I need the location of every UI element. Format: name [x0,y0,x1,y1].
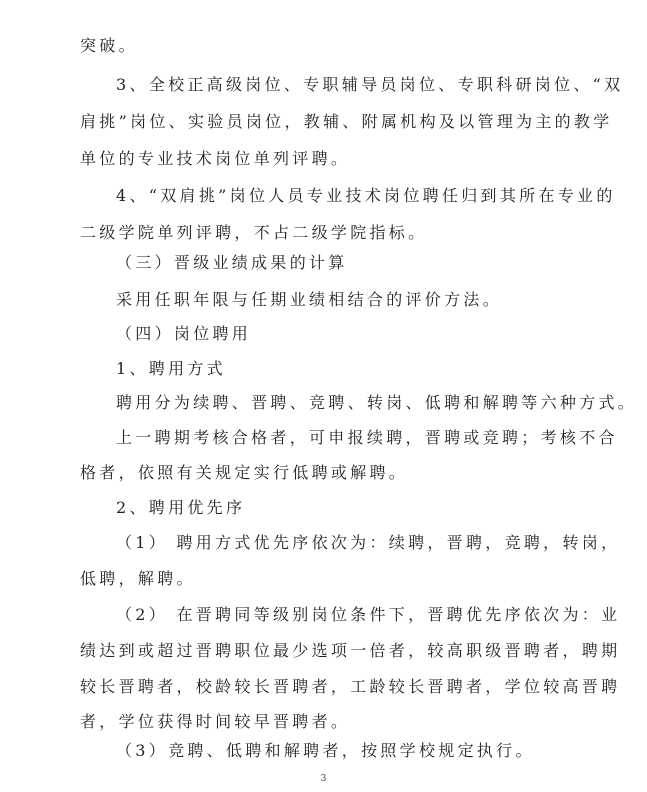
paragraph-line: 者，学位获得时间较早晋聘者。 [80,712,350,732]
section-heading: （三）晋级业绩成果的计算 [116,253,348,273]
paragraph-line: （1） 聘用方式优先序依次为：续聘，晋聘，竞聘，转岗， [116,533,620,553]
paragraph-line: 突破。 [80,36,138,56]
paragraph-line: （3）竞聘、低聘和解聘者，按照学校规定执行。 [116,741,535,761]
paragraph-line: 单位的专业技术岗位单列评聘。 [80,149,350,169]
paragraph-line: 肩挑”岗位、实验员岗位，教辅、附属机构及以管理为主的教学 [80,112,613,132]
paragraph-line: 格者，依照有关规定实行低聘或解聘。 [80,463,408,483]
paragraph-line: 采用任职年限与任期业绩相结合的评价方法。 [116,290,502,310]
paragraph-line: 低聘，解聘。 [80,569,196,589]
paragraph-line: 聘用分为续聘、晋聘、竞聘、转岗、低聘和解聘等六种方式。 [116,393,637,413]
subsection-heading: 1、聘用方式 [116,359,226,379]
section-heading: （四）岗位聘用 [116,324,251,344]
paragraph-line: 3、全校正高级岗位、专职辅导员岗位、专职科研岗位、“双 [116,75,623,95]
page-number: 3 [0,774,647,784]
paragraph-line: 绩达到或超过晋聘职位最少选项一倍者，较高职级晋聘者，聘期 [80,641,620,661]
subsection-heading: 2、聘用优先序 [116,498,245,518]
paragraph-line: 上一聘期考核合格者，可申报续聘，晋聘或竞聘；考核不合 [116,428,618,448]
paragraph-line: 4、“双肩挑”岗位人员专业技术岗位聘任归到其所在专业的 [116,186,616,206]
paragraph-line: 二级学院单列评聘，不占二级学院指标。 [80,223,427,243]
paragraph-line: （2） 在晋聘同等级别岗位条件下，晋聘优先序依次为：业 [116,605,620,625]
paragraph-line: 较长晋聘者，校龄较长晋聘者，工龄较长晋聘者，学位较高晋聘 [80,677,620,697]
